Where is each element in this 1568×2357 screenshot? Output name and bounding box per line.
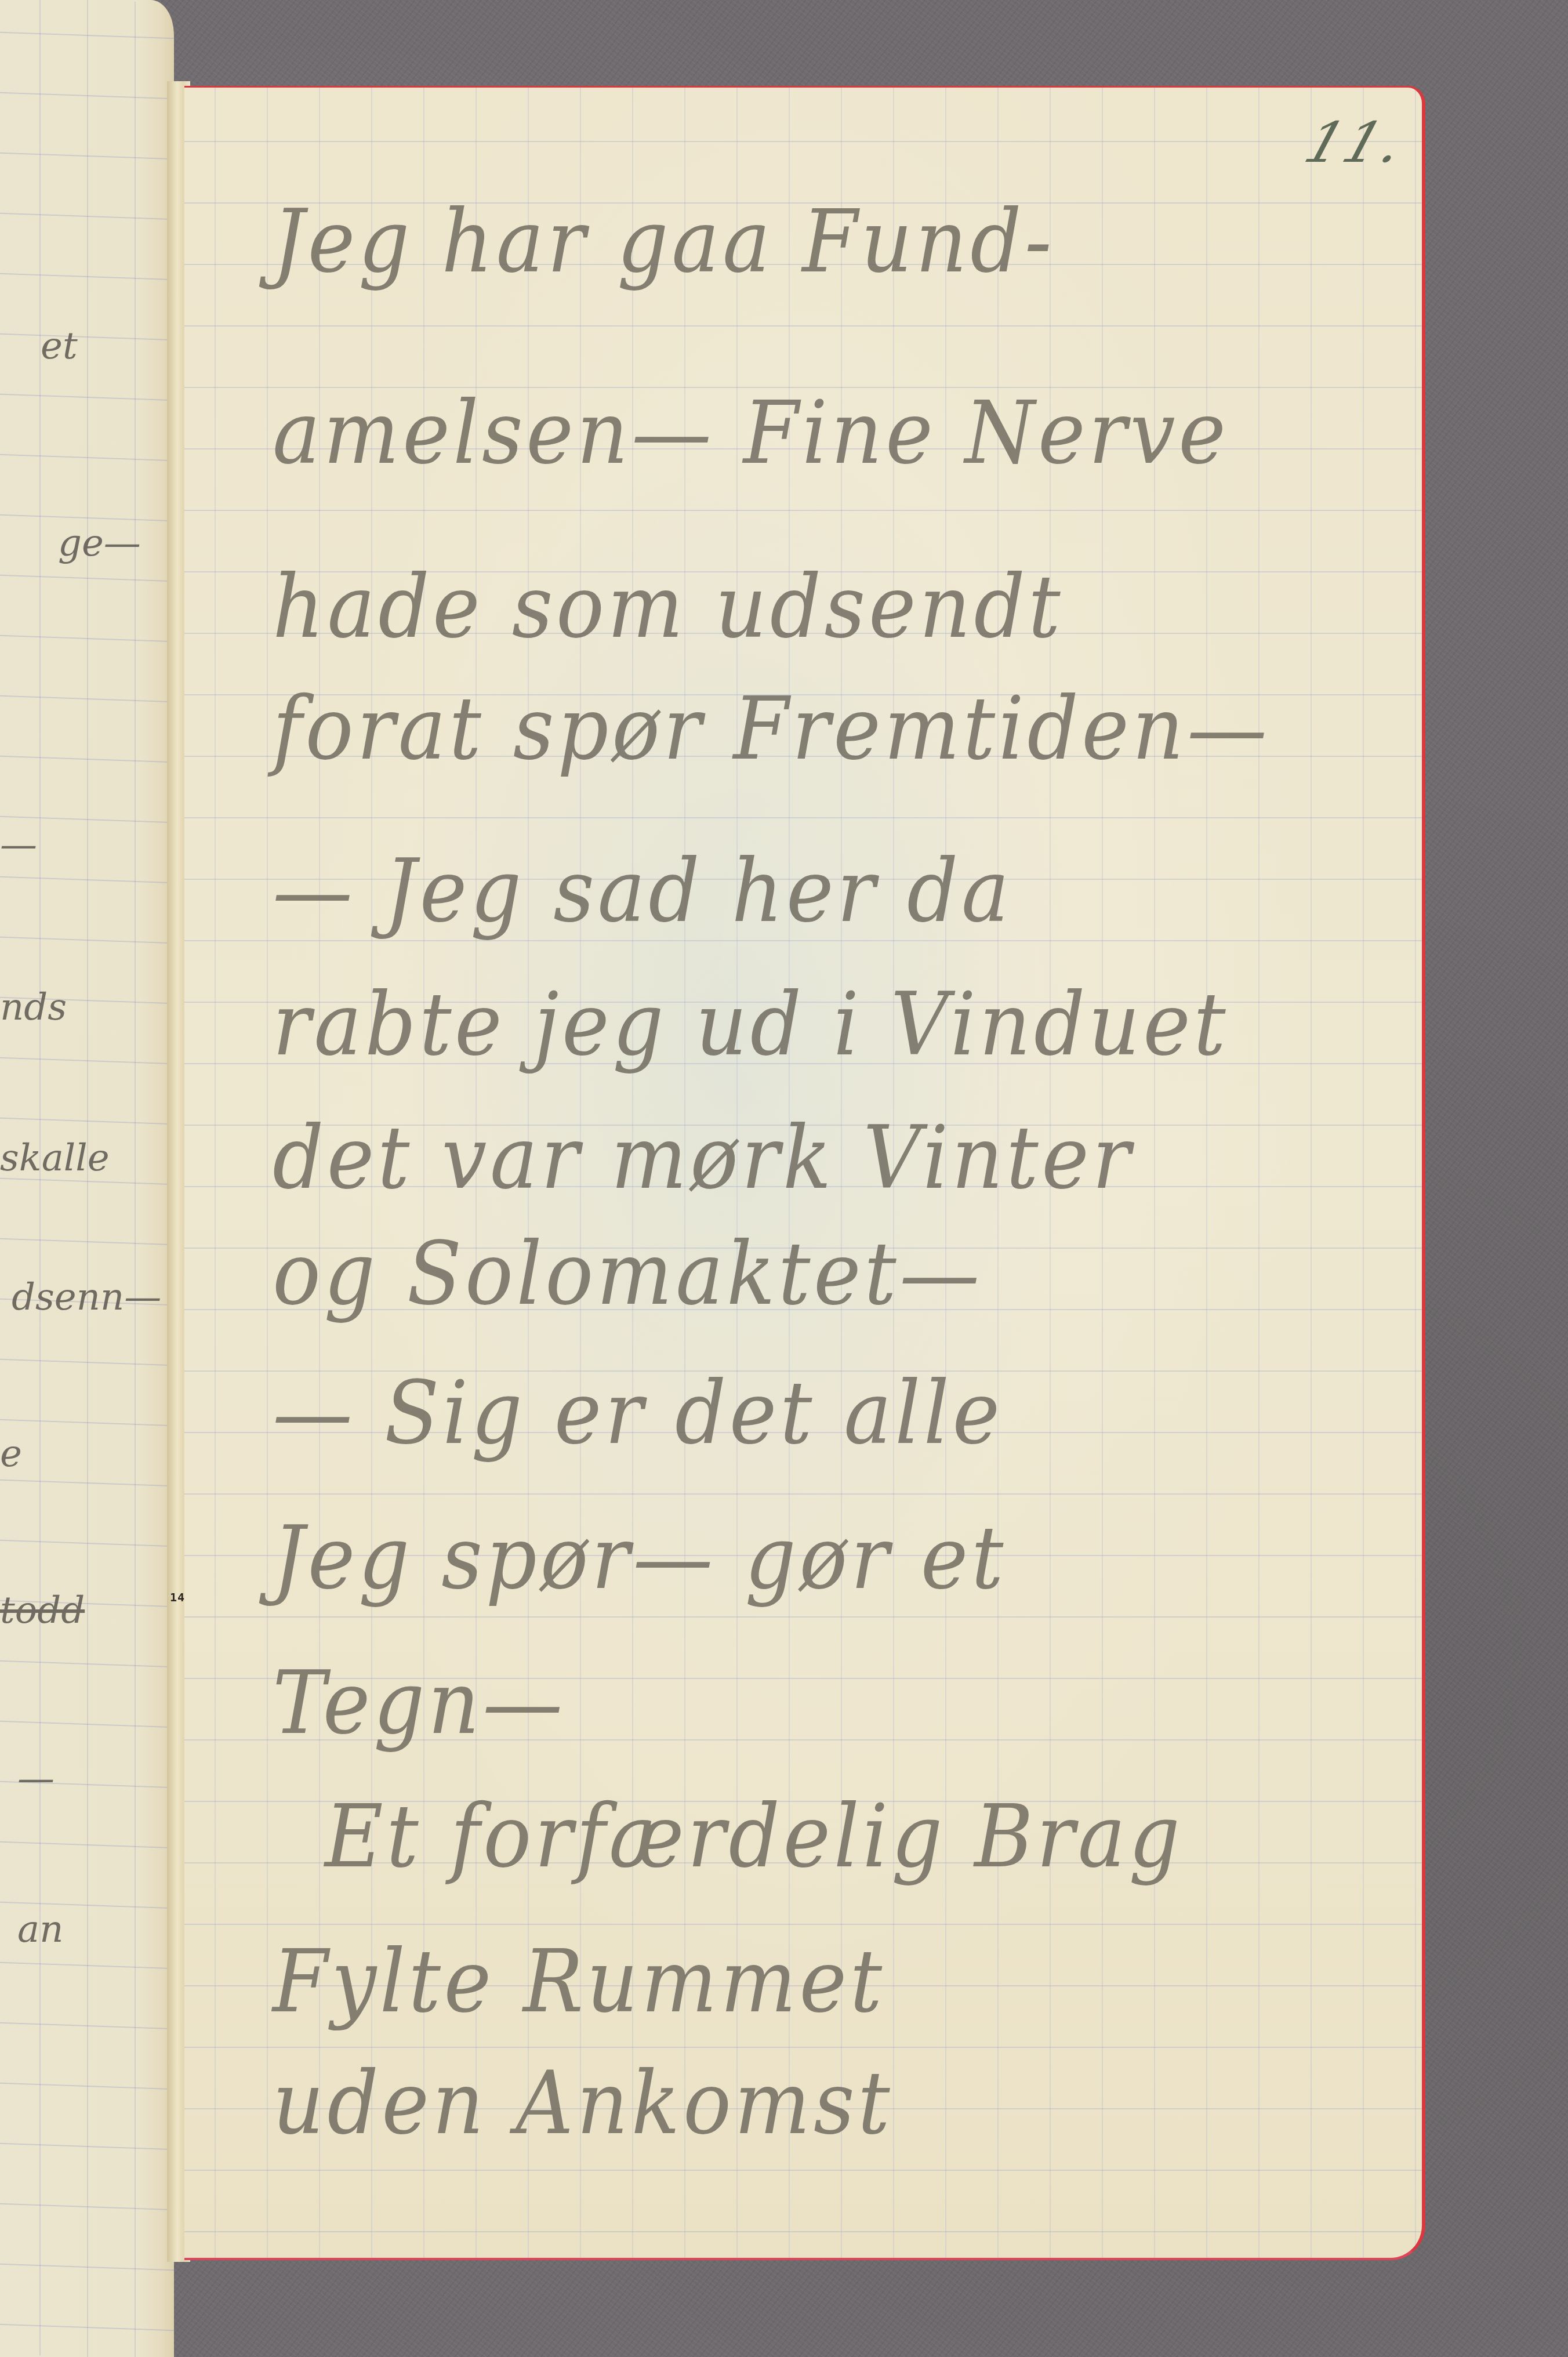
left-fragment: — <box>0 824 37 866</box>
left-fragment: an <box>17 1908 63 1951</box>
handwritten-line: rabte jeg ud i Vinduet <box>273 974 1229 1075</box>
handwritten-line: — Jeg sad her da <box>273 841 1012 942</box>
handwritten-line: Tegn— <box>273 1653 566 1754</box>
handwritten-line: Jeg har gaa Fund- <box>273 191 1055 292</box>
handwritten-line: det var mørk Vinter <box>273 1108 1134 1209</box>
handwritten-line: Et forfærdelig Brag <box>325 1786 1183 1887</box>
left-fragment: — <box>17 1757 55 1800</box>
left-fragment: et <box>41 325 78 368</box>
handwritten-line: hade som udsendt <box>273 557 1064 658</box>
handwritten-line: — Sig er det alle <box>273 1363 1003 1464</box>
handwritten-line: Fylte Rummet <box>273 1931 885 2032</box>
handwritten-line: og Solomaktet— <box>273 1224 983 1325</box>
left-fragment: e <box>0 1433 22 1475</box>
handwritten-line: uden Ankomst <box>273 2053 893 2154</box>
left-fragment: ge— <box>58 522 141 565</box>
handwritten-line: amelsen— Fine Nerve <box>273 383 1229 484</box>
handwritten-line: forat spør Fremtiden— <box>273 679 1270 779</box>
left-fragment: nds <box>0 986 67 1029</box>
handwritten-line: Jeg spør— gør et <box>273 1508 1007 1609</box>
left-facing-page: et ge— — nds skalle dsenn— e todd — an <box>0 0 174 2357</box>
left-fragment-crossed-out: todd <box>0 1589 85 1632</box>
left-fragment: dsenn— <box>12 1276 161 1319</box>
left-fragment: skalle <box>0 1137 110 1180</box>
